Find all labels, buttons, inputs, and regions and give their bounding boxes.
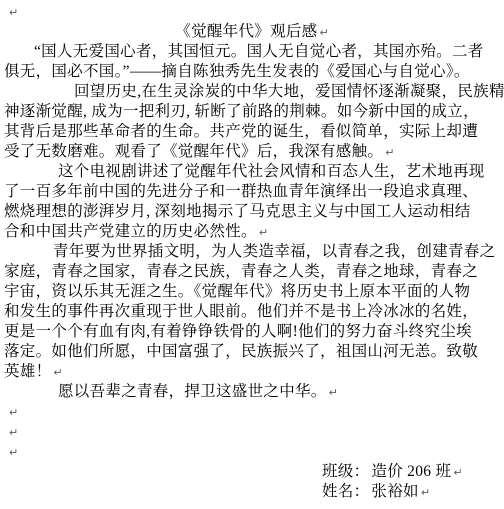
- page-title: 《觉醒年代》观后感: [175, 23, 317, 40]
- paragraph-drama-line: 了一百多年前中国的先进分子和一群热血青年演绎出一段追求真理、: [0, 182, 504, 202]
- signature-name-line: 姓名：张裕如↵: [0, 482, 504, 502]
- paragraph-drama-line: 燃烧理想的澎湃岁月, 深刻地揭示了马克思主义与中国工人运动相结: [0, 202, 504, 222]
- paragraph-youth-line: 落定。如他们所愿，中国富强了，民族振兴了，祖国山河无恙。致敬: [0, 342, 504, 362]
- paragraph-history-line: 神逐渐觉醒, 成为一把利刃, 斩断了前路的荆棘。如今新中国的成立，: [0, 102, 504, 122]
- paragraph-youth-line: 英雄！↵: [0, 362, 504, 382]
- class-label: 班级：: [322, 463, 369, 480]
- paragraph-mark-icon: ↵: [53, 366, 62, 379]
- paragraph-history-line: 受了无数磨难。观看了《觉醒年代》后，我深有感触。↵: [0, 142, 504, 162]
- paragraph-mark-icon: ↵: [9, 446, 18, 459]
- paragraph-youth-line: 青年要为世界插文明，为人类造幸福，以青春之我，创建青春之: [0, 242, 504, 262]
- title-line: 《觉醒年代》观后感↵: [0, 22, 504, 42]
- name-label: 姓名：: [322, 483, 369, 500]
- paragraph-mark-icon: ↵: [319, 26, 328, 39]
- paragraph-youth-line: 更是一个个有血有肉,有着铮铮铁骨的人啊!他们的努力奋斗终究尘埃: [0, 322, 504, 342]
- paragraph-youth-line: 家庭，青春之国家，青春之民族，青春之人类，青春之地球，青春之: [0, 262, 504, 282]
- paragraph-mark-icon: ↵: [385, 146, 394, 159]
- name-value: 张裕如: [371, 483, 418, 500]
- paragraph-mark-icon: ↵: [259, 226, 268, 239]
- paragraph-wish-line: 愿以吾辈之青春，捍卫这盛世之中华。↵: [0, 382, 504, 402]
- paragraph-text: 合和中国共产党建立的历史必然性。: [4, 223, 257, 240]
- essay-document: ↵ 《觉醒年代》观后感↵ “国人无爱国心者，其国恒元。国人无自觉心者，其国亦殆。…: [0, 0, 504, 509]
- paragraph-drama-line: 这个电视剧讲述了觉醒年代社会风情和百态人生，艺术地再现: [0, 162, 504, 182]
- paragraph-mark-icon: ↵: [9, 426, 18, 439]
- paragraph-mark-icon: ↵: [421, 486, 430, 499]
- paragraph-mark-icon: ↵: [453, 466, 462, 479]
- paragraph-drama-line: 合和中国共产党建立的历史必然性。↵: [0, 222, 504, 242]
- paragraph-mark-icon: ↵: [9, 406, 18, 419]
- class-value: 造价 206 班: [371, 463, 451, 480]
- paragraph-youth-line: 和发生的事件再次重现于世人眼前。他们并不是书上冷冰冰的名姓，: [0, 302, 504, 322]
- empty-paragraph: ↵: [0, 2, 504, 22]
- empty-paragraph: ↵: [0, 422, 504, 442]
- paragraph-history-line: 回望历史,在生灵涂炭的中华大地，爱国情怀逐渐凝聚，民族精: [0, 82, 504, 102]
- paragraph-text: 愿以吾辈之青春，捍卫这盛世之中华。: [58, 383, 327, 400]
- empty-paragraph: ↵: [0, 402, 504, 422]
- paragraph-text: 英雄！: [4, 363, 51, 380]
- paragraph-mark-icon: ↵: [329, 386, 338, 399]
- paragraph-quote-line: “国人无爱国心者，其国恒元。国人无自觉心者，其国亦殆。二者: [0, 42, 504, 62]
- paragraph-text: 受了无数磨难。观看了《觉醒年代》后，我深有感触。: [4, 143, 383, 160]
- paragraph-quote-line: 俱无，国必不国。”——摘自陈独秀先生发表的《爱国心与自觉心》。: [0, 62, 504, 82]
- paragraph-youth-line: 宇宙，资以乐其无涯之生。《觉醒年代》将历史书上原本平面的人物: [0, 282, 504, 302]
- signature-class-line: 班级：造价 206 班↵: [0, 462, 504, 482]
- empty-paragraph: ↵: [0, 442, 504, 462]
- paragraph-mark-icon: ↵: [9, 6, 18, 19]
- paragraph-history-line: 其背后是那些革命者的生命。共产党的诞生，看似简单，实际上却遭: [0, 122, 504, 142]
